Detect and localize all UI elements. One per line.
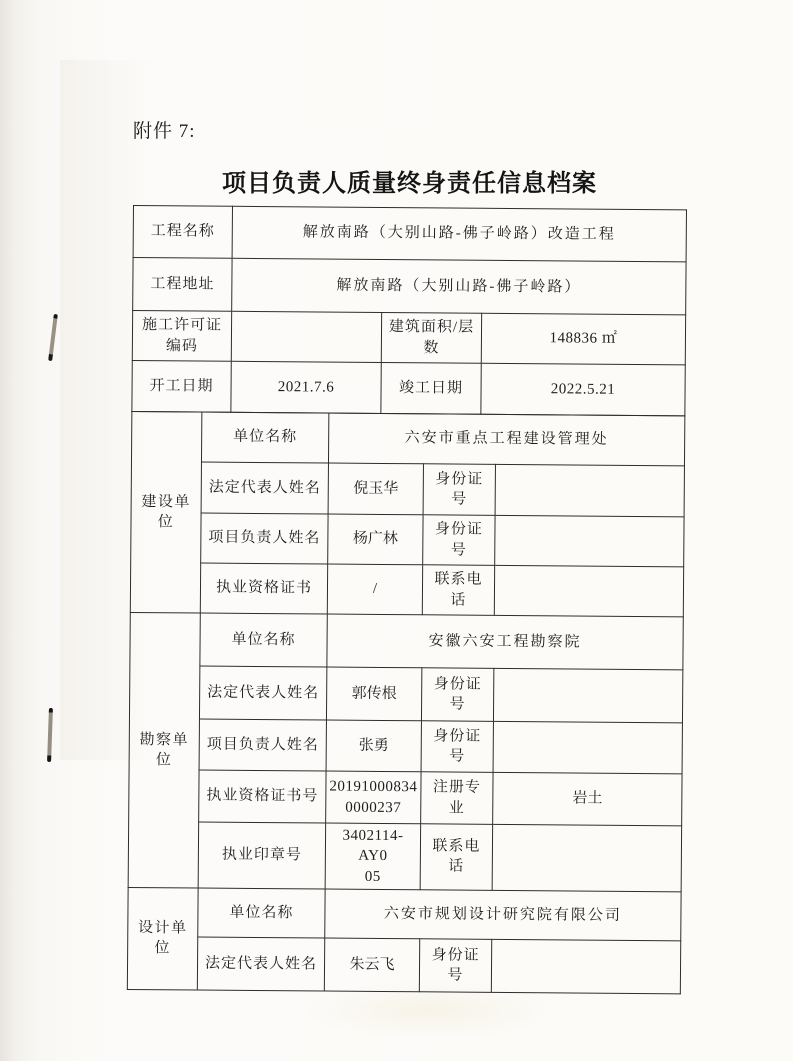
survey-unit-group-label: 勘察单位 <box>128 612 200 887</box>
id-number-label: 身份证 号 <box>423 515 495 566</box>
qualification-cert-label: 执业资格证书 <box>200 563 327 614</box>
construction-unit-name-value: 六安市重点工程建设管理处 <box>328 413 684 466</box>
id-number-value <box>493 721 682 773</box>
qualification-cert-number-label: 执业资格证书号 <box>199 770 326 823</box>
project-leader-label: 项目负责人姓名 <box>201 513 328 564</box>
scanned-document-page: 附件 7: 项目负责人质量终身责任信息档案 工程名称 解放南路（大别山路-佛子岭… <box>0 0 793 1061</box>
construction-permit-value <box>231 311 381 362</box>
building-area-label: 建筑面积/层 数 <box>381 312 481 363</box>
unit-name-label: 单位名称 <box>201 412 328 463</box>
contact-phone-value <box>494 565 683 616</box>
table-row: 项目负责人姓名 张勇 身份证 号 <box>129 718 682 773</box>
id-number-label: 身份证 号 <box>421 721 493 773</box>
design-unit-name-value: 六安市规划设计研究院有限公司 <box>325 889 681 941</box>
project-leader-value: 张勇 <box>326 720 421 772</box>
registered-specialty-label: 注册专 业 <box>421 772 493 825</box>
project-leader-label: 项目负责人姓名 <box>199 719 326 771</box>
unit-name-label: 单位名称 <box>198 888 325 938</box>
table-row: 项目负责人姓名 杨广林 身份证 号 <box>131 512 684 566</box>
unit-name-label: 单位名称 <box>200 613 327 667</box>
contact-phone-label: 联系电 话 <box>422 565 494 616</box>
staple-mark <box>48 314 58 361</box>
legal-rep-label: 法定代表人姓名 <box>197 937 324 991</box>
table-row: 执业印章号 3402114-AY0 05 联系电 话 <box>128 821 682 891</box>
qualification-cert-number-value: 20191000834 0000237 <box>326 771 421 824</box>
contact-phone-label: 联系电 话 <box>420 824 493 890</box>
legal-rep-value: 倪玉华 <box>328 463 423 515</box>
table-row: 勘察单位 单位名称 安徽六安工程勘察院 <box>130 612 683 669</box>
project-name-value: 解放南路（大别山路-佛子岭路）改造工程 <box>232 206 686 262</box>
project-address-value: 解放南路（大别山路-佛子岭路） <box>232 258 686 315</box>
id-number-label: 身份证 号 <box>423 464 495 516</box>
table-row: 法定代表人姓名 朱云飞 身份证 号 <box>127 936 680 993</box>
start-date-value: 2021.7.6 <box>231 361 381 413</box>
table-row: 执业资格证书号 20191000834 0000237 注册专 业 岩土 <box>129 769 682 825</box>
survey-unit-name-value: 安徽六安工程勘察院 <box>327 614 683 670</box>
table-row: 开工日期 2021.7.6 竣工日期 2022.5.21 <box>132 360 685 415</box>
construction-permit-label: 施工许可证 编码 <box>132 311 231 362</box>
completion-date-label: 竣工日期 <box>381 362 481 414</box>
id-number-value <box>491 939 680 993</box>
table-row: 法定代表人姓名 郭传根 身份证 号 <box>129 665 682 722</box>
table-row: 工程名称 解放南路（大别山路-佛子岭路）改造工程 <box>133 206 686 262</box>
legal-rep-value: 朱云飞 <box>324 938 419 992</box>
table-row: 工程地址 解放南路（大别山路-佛子岭路） <box>133 258 686 315</box>
legal-rep-label: 法定代表人姓名 <box>201 462 328 514</box>
id-number-label: 身份证 号 <box>419 939 491 993</box>
table-row: 建设单 位 单位名称 六安市重点工程建设管理处 <box>131 411 684 465</box>
building-area-value: 148836 ㎡ <box>481 313 685 365</box>
table-row: 设计单位 单位名称 六安市规划设计研究院有限公司 <box>128 887 681 940</box>
id-number-value <box>495 464 684 516</box>
contact-phone-value <box>492 824 682 891</box>
table-row: 执业资格证书 / 联系电 话 <box>130 562 683 616</box>
qualification-cert-value: / <box>327 564 422 615</box>
project-name-label: 工程名称 <box>133 206 232 259</box>
start-date-label: 开工日期 <box>132 360 231 412</box>
staple-mark <box>47 708 53 762</box>
id-number-value <box>495 515 684 566</box>
project-leader-value: 杨广林 <box>328 514 423 565</box>
table-row: 法定代表人姓名 倪玉华 身份证 号 <box>131 461 684 516</box>
document-title: 项目负责人质量终身责任信息档案 <box>133 163 686 198</box>
practice-seal-number-label: 执业印章号 <box>198 822 326 889</box>
legal-rep-value: 郭传根 <box>326 667 421 721</box>
units-table: 建设单 位 单位名称 六安市重点工程建设管理处 法定代表人姓名 倪玉华 身份证 … <box>127 411 686 994</box>
id-number-value <box>493 668 682 722</box>
archive-table: 工程名称 解放南路（大别山路-佛子岭路）改造工程 工程地址 解放南路（大别山路-… <box>127 205 686 994</box>
table-row: 施工许可证 编码 建筑面积/层 数 148836 ㎡ <box>132 311 685 365</box>
project-address-label: 工程地址 <box>133 258 232 312</box>
legal-rep-label: 法定代表人姓名 <box>199 666 326 720</box>
design-unit-group-label: 设计单位 <box>127 887 198 990</box>
registered-specialty-value: 岩土 <box>493 772 682 825</box>
project-info-table: 工程名称 解放南路（大别山路-佛子岭路）改造工程 工程地址 解放南路（大别山路-… <box>131 205 687 416</box>
practice-seal-number-value: 3402114-AY0 05 <box>325 823 421 889</box>
completion-date-value: 2022.5.21 <box>481 363 685 416</box>
construction-unit-group-label: 建设单 位 <box>130 411 202 613</box>
attachment-label: 附件 7: <box>133 116 196 143</box>
id-number-label: 身份证 号 <box>421 668 493 722</box>
